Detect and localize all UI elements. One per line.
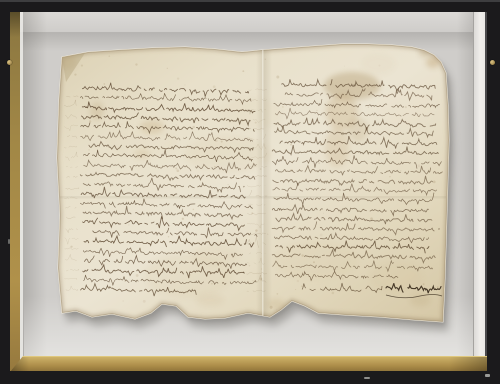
frame-wear-chip — [485, 374, 490, 377]
frame-wear-chip — [364, 377, 370, 379]
manuscript-artwork — [0, 0, 500, 384]
frame-screw — [490, 60, 495, 65]
frame-wear-chip — [8, 239, 10, 244]
gutter-crease — [256, 44, 272, 324]
stain — [419, 49, 429, 57]
stain — [134, 149, 150, 159]
stain — [426, 56, 440, 68]
framed-manuscript-photograph — [0, 0, 500, 384]
stain — [90, 102, 104, 120]
frame-screw — [7, 60, 12, 65]
stain — [196, 294, 224, 306]
